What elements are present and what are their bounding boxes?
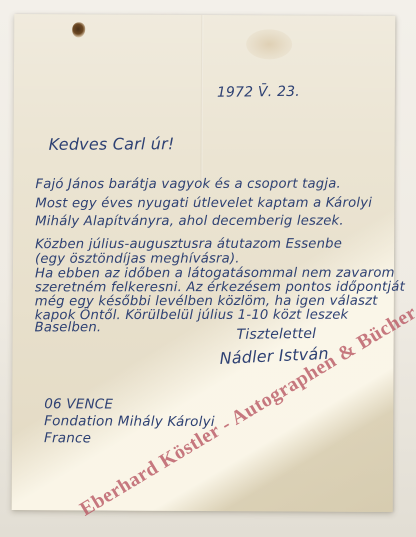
letter-greeting: Kedves Carl úr! — [49, 134, 175, 154]
paper-fold-crease — [200, 15, 203, 185]
address-block: 06 VENCE Fondation Mihály Károlyi France — [14, 14, 395, 16]
address-line-postal-town: 06 VENCE — [44, 396, 113, 412]
letter-body: Fajó János barátja vagyok és a csoport t… — [14, 14, 395, 16]
address-line-foundation: Fondation Mihály Károlyi — [44, 413, 215, 430]
address-line-country: France — [44, 430, 91, 446]
letter-body-line: Baselben. — [35, 320, 102, 335]
scanned-letter-image: 1972 V̄. 23. Kedves Carl úr! Fajó János … — [0, 0, 416, 537]
letter-closing: Tisztelettel — [237, 326, 317, 343]
paper-smudge — [246, 29, 292, 59]
letter-body-line: Mihály Alapítványra, ahol decemberig les… — [35, 214, 344, 230]
paper-stain-spot — [72, 22, 85, 37]
letter-body-line: Közben július-augusztusra átutazom Essen… — [35, 237, 342, 253]
letter-date: 1972 V̄. 23. — [217, 84, 300, 101]
letter-body-line: (egy ösztöndíjas meghívásra). — [35, 251, 240, 266]
letter-body-line: Most egy éves nyugati útlevelet kaptam a… — [35, 196, 372, 212]
letter-body-line: Fajó János barátja vagyok és a csoport t… — [35, 177, 341, 193]
